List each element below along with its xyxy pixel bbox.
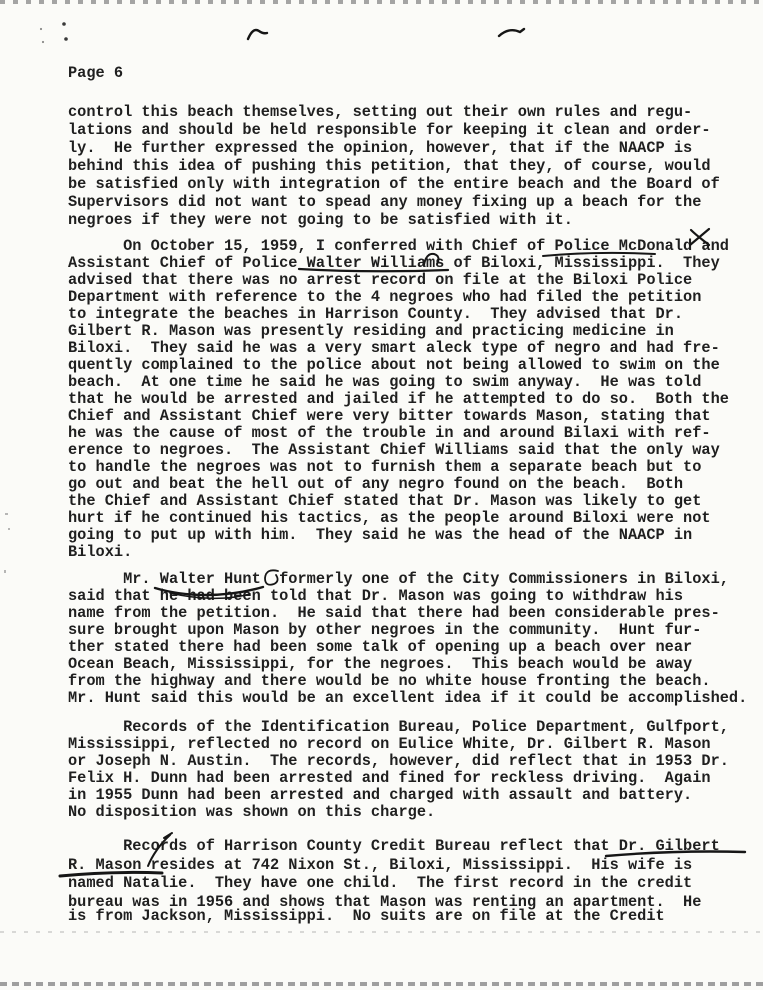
scan-edge-top xyxy=(0,0,763,4)
scan-edge-bottom xyxy=(0,982,763,986)
page-number: Page 6 xyxy=(68,64,123,82)
paragraph-2: On October 15, 1959, I conferred with Ch… xyxy=(68,238,729,561)
paragraph-1: control this beach themselves, setting o… xyxy=(68,103,720,229)
paragraph-4: Records of the Identification Bureau, Po… xyxy=(68,719,729,821)
top-margin-arc-left-icon xyxy=(248,30,267,39)
paragraph-5: Records of Harrison County Credit Bureau… xyxy=(68,837,720,911)
top-margin-arc-right-icon xyxy=(499,29,524,36)
document-page: Page 6 control this beach themselves, se… xyxy=(0,0,763,990)
top-margin-dots-icon xyxy=(40,22,68,43)
scan-artifact-line xyxy=(0,931,763,933)
paragraph-6: is from Jackson, Mississippi. No suits a… xyxy=(68,908,665,925)
left-margin-specks xyxy=(4,513,10,573)
paragraph-3: Mr. Walter Hunt formerly one of the City… xyxy=(68,571,747,707)
